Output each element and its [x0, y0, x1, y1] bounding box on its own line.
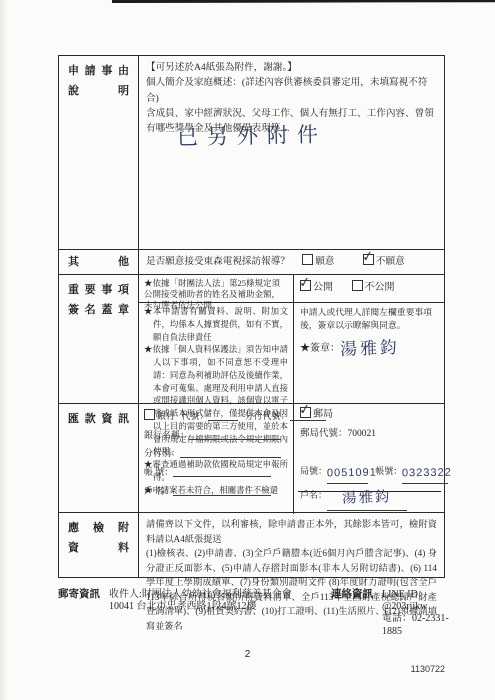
checkbox-not-public: [352, 280, 363, 291]
bank-label: 銀行: [157, 411, 175, 421]
required-documents-content: 請備齊以下文件，以利審核，除申請書正本外，其餘影本皆可，檢附資料請以A4紙張提送…: [139, 513, 444, 577]
account-field: [173, 466, 271, 477]
application-form-table: 申請事由 說 明 【可另述於A4紙張為附件，謝謝。】 個人簡介及家庭概述：(詳述…: [58, 55, 445, 578]
header-line: 申請事由: [68, 62, 129, 82]
post-code-row: 郵局代號：700021: [300, 427, 448, 442]
willing-label: 願意: [315, 256, 334, 267]
post-account-label: 帳號：: [375, 466, 402, 476]
disclosure-subrow: ★依據「財團法人法」第25條規定須公開接受補助者的姓名及補助金額，未勾選者依法公…: [139, 275, 444, 303]
bank-name-field: [189, 429, 281, 440]
disclosure-options: ✓公開 不公開: [294, 275, 444, 302]
scanned-form-page: 申請事由 說 明 【可另述於A4紙張為附件，謝謝。】 個人簡介及家庭概述：(詳述…: [0, 0, 495, 700]
account-label: 帳 號：: [144, 467, 173, 477]
documents-intro: 請備齊以下文件，以利審核，除申請書正本外，其餘影本皆可，檢附資料請以A4紙張提送: [146, 517, 437, 546]
checkmark-icon: ✓: [297, 271, 312, 295]
post-code-label: 郵局代號：: [300, 429, 348, 439]
bank-code-label: 代號：: [181, 411, 208, 421]
header-line: 匯 款 資 訊: [68, 410, 129, 430]
row-required-documents: 應檢附 資 料 請備齊以下文件，以利審核，除申請書正本外，其餘影本皆可，檢附資料…: [59, 513, 444, 577]
row-application-reason: 申請事由 說 明 【可另述於A4紙張為附件，謝謝。】 個人簡介及家庭概述：(詳述…: [59, 56, 444, 250]
remittance-columns: 銀行 代號： 分行代號： 銀行名稱： 分行別： 帳 號：: [139, 404, 454, 514]
scan-edge-shade: [0, 0, 7, 700]
application-reason-header: 申請事由 說 明: [59, 56, 139, 249]
header-line: 說 明: [68, 82, 129, 102]
bank-row: 銀行 代號： 分行代號：: [144, 407, 288, 426]
header-line: 應檢附: [68, 519, 129, 539]
post-account-numbers-row: 局號：0051091 帳號：0323322: [300, 464, 448, 484]
bank-code-field: [208, 410, 238, 421]
holder-label: 戶 名：: [144, 486, 173, 496]
signature-label: ★簽章：: [300, 343, 340, 354]
other-content: 是否願意接受東森電視採訪報導？ 願意 ✓不願意: [139, 250, 444, 274]
recipient-line: 收件人:財團法人幼幼社會福利慈善基金會: [109, 589, 305, 601]
header-line: 資 料: [68, 539, 129, 559]
mailing-info-label: 郵寄資訊: [58, 589, 100, 638]
holder-field: [173, 485, 271, 496]
handwritten-post-account: 0323322: [402, 465, 452, 483]
handwritten-signature: 湯雅鈞: [340, 333, 401, 362]
bureau-number-label: 局號：: [300, 466, 327, 476]
post-office-label: 郵局: [313, 409, 333, 420]
post-code-value: 700021: [348, 429, 377, 439]
bank-name-label: 銀行名稱：: [144, 430, 189, 440]
row-other: 其 他 是否願意接受東森電視採訪報導？ 願意 ✓不願意: [59, 250, 444, 275]
row-remittance: 匯 款 資 訊 銀行 代號： 分行代號： 銀行名稱： 分行別：: [59, 404, 444, 513]
branch-row: 分行別：: [144, 444, 288, 463]
important-items-content: ★依據「財團法人法」第25條規定須公開接受補助者的姓名及補助金額，未勾選者依法公…: [139, 275, 444, 403]
post-holder-row: 戶名：湯雅鈞: [300, 487, 448, 511]
other-header: 其 他: [59, 250, 139, 274]
agree-note: 申請人或代理人詳閱左欄重要事項後，簽章以示瞭解與同意。: [300, 306, 438, 332]
branch-code-label: 分行代號：: [245, 411, 290, 421]
mailing-info-section: 郵寄資訊 收件人:財團法人幼幼社會福利慈善基金會 10041 台北市忠孝西路1段…: [58, 589, 468, 638]
holder-row: 戶 名：: [144, 482, 288, 501]
bank-column: 銀行 代號： 分行代號： 銀行名稱： 分行別： 帳 號：: [139, 404, 294, 514]
line-id: LINE ID：@203rjikw: [382, 589, 468, 613]
checkbox-bank: [144, 409, 155, 420]
account-row: 帳 號：: [144, 463, 288, 482]
attachment-note: 【可另述於A4紙張為附件，謝謝。】: [146, 60, 437, 75]
handwritten-bureau-number: 0051091: [327, 465, 377, 483]
branch-field: [180, 447, 281, 458]
post-office-row: ✓郵局: [300, 407, 448, 423]
contact-info-label: 連絡資訊: [331, 589, 373, 638]
mailing-address-block: 收件人:財團法人幼幼社會福利慈善基金會 10041 台北市忠孝西路1段4號12樓: [109, 589, 305, 638]
disclosure-text: ★依據「財團法人法」第25條規定須公開接受補助者的姓名及補助金額，未勾選者依法公…: [139, 275, 294, 302]
contact-details-block: LINE ID：@203rjikw 電話：02-2331-1885: [382, 589, 468, 638]
unwilling-label: 不願意: [376, 256, 405, 267]
checkbox-public: ✓: [300, 280, 311, 291]
post-holder-field: 湯雅鈞: [327, 487, 407, 511]
post-account-field: 0323322: [402, 465, 448, 484]
handwritten-attachment-note: 已另外附件: [177, 118, 328, 155]
row-important-items: 重要事項 簽名蓋章 ★依據「財團法人法」第25條規定須公開接受補助者的姓名及補助…: [59, 275, 444, 404]
checkbox-willing: [302, 254, 313, 265]
bank-name-row: 銀行名稱：: [144, 426, 288, 445]
header-line: 重要事項: [68, 281, 129, 301]
page-number: 2: [0, 649, 495, 660]
application-reason-content: 【可另述於A4紙張為附件，謝謝。】 個人簡介及家庭概述：(詳述內容供審核委員審定…: [139, 56, 444, 249]
handwritten-post-holder: 湯雅鈞: [342, 486, 392, 510]
header-line: 其 他: [68, 253, 129, 273]
bureau-number-field: 0051091: [327, 465, 368, 484]
scan-artifact-line: [112, 0, 495, 2]
post-office-column: ✓郵局 郵局代號：700021 局號：0051091 帳號：0323322 戶名…: [294, 404, 454, 514]
checkbox-unwilling: ✓: [363, 254, 374, 265]
remittance-header: 匯 款 資 訊: [59, 404, 139, 512]
document-version-code: 1130722: [411, 664, 445, 674]
interview-question: 是否願意接受東森電視採訪報導？: [146, 256, 290, 267]
intro-text: 個人簡介及家庭概述：(詳述內容供審核委員審定用，未填寫視不符合): [146, 75, 437, 106]
required-documents-header: 應檢附 資 料: [59, 513, 139, 577]
public-label: 公開: [313, 282, 333, 293]
phone-number: 電話：02-2331-1885: [382, 613, 468, 637]
legal-item: ★本申請書有關資料、說明、附加文件，均係本人據實提供，如有不實，願自負法律責任: [144, 306, 288, 344]
remittance-content: 銀行 代號： 分行代號： 銀行名稱： 分行別： 帳 號：: [139, 404, 454, 512]
signature-row: ★簽章：湯雅鈞: [300, 335, 438, 362]
checkbox-post-office: ✓: [300, 407, 311, 418]
important-items-header: 重要事項 簽名蓋章: [59, 275, 139, 403]
not-public-label: 不公開: [365, 282, 395, 293]
header-line: 簽名蓋章: [68, 301, 129, 321]
address-line: 10041 台北市忠孝西路1段4號12樓: [109, 601, 305, 613]
branch-label: 分行別：: [144, 448, 180, 458]
post-holder-label: 戶名：: [300, 490, 327, 500]
